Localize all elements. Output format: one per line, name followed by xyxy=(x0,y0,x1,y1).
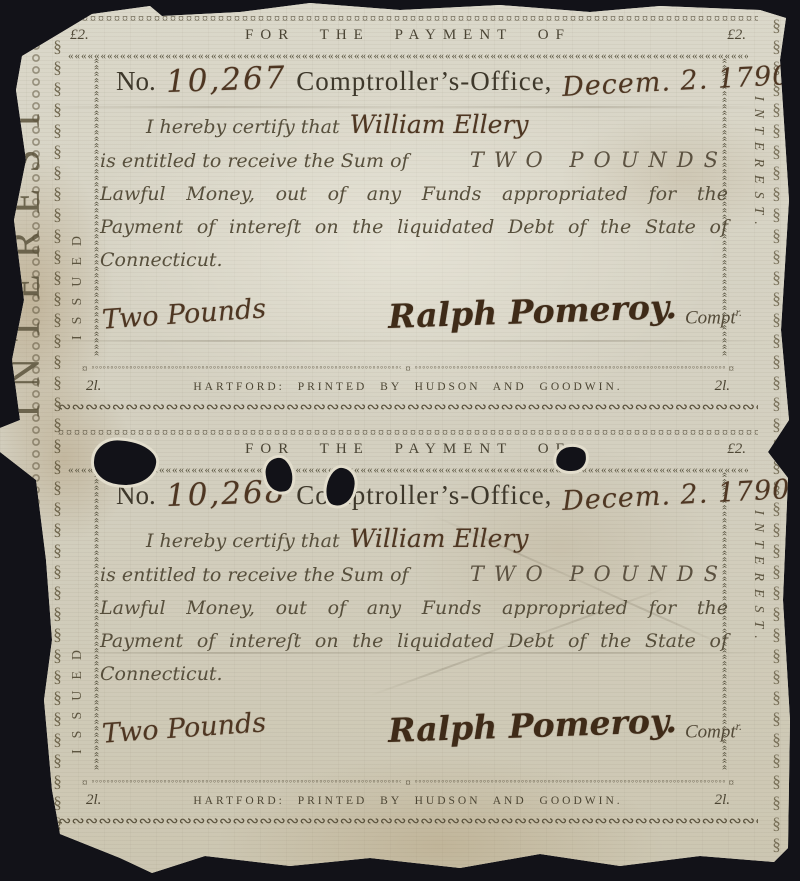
rule-center-ornament: ¤ xyxy=(405,364,411,374)
signer-title: Comptr. xyxy=(685,305,742,329)
interest-vertical-text: INTEREST. xyxy=(746,96,766,352)
signature-row: Two Pounds Ralph Pomeroy. Comptr. xyxy=(102,706,742,745)
imprint-row: 2l. HARTFORD: PRINTED BY HUDSON AND GOOD… xyxy=(86,378,730,395)
certify-line: I hereby certify thatWilliam Ellery xyxy=(100,108,728,144)
body-line: Payment of intereſt on the liquidated De… xyxy=(100,625,728,658)
body-line: Payment of intereſt on the liquidated De… xyxy=(100,211,728,244)
signature-ralph-pomeroy: Ralph Pomeroy. xyxy=(388,701,678,750)
certify-prefix: I hereby certify that xyxy=(146,116,340,138)
dotted-rule-border: ¤ °°°°°°°°°°°°°°°°°°°°°°°°°°°°°°°°°°°°°°… xyxy=(82,364,734,374)
certificate-headline: No. 10,268 Comptroller’s-Office, Decem. … xyxy=(116,476,724,512)
left-margin-interest-text: INTEREST xyxy=(2,52,52,418)
printer-imprint: HARTFORD: PRINTED BY HUDSON AND GOODWIN. xyxy=(193,381,622,393)
rule-end-ornament: ¤ xyxy=(729,778,735,788)
signer-title-main: Compt xyxy=(685,721,736,742)
entitled-prefix: is entitled to receive the Sum of xyxy=(100,559,409,592)
certify-prefix: I hereby certify that xyxy=(146,530,340,552)
amount-line: is entitled to receive the Sum ofTWO POU… xyxy=(100,558,728,592)
certificate-body: I hereby certify thatWilliam Ellery is e… xyxy=(100,522,728,691)
payment-header: FOR THE PAYMENT OF xyxy=(245,441,571,458)
dotted-rule: °°°°°°°°°°°°°°°°°°°°°°°°°°°°°°°°°°°°°°°°… xyxy=(92,365,402,373)
rosette-chain-border: ¤¤¤¤¤¤¤¤¤¤¤¤¤¤¤¤¤¤¤¤¤¤¤¤¤¤¤¤¤¤¤¤¤¤¤¤¤¤¤¤… xyxy=(58,12,758,27)
denomination-left: 2l. xyxy=(86,792,101,809)
body-line: Lawful Money, out of any Funds appropria… xyxy=(100,592,728,625)
imprint-row: 2l. HARTFORD: PRINTED BY HUDSON AND GOOD… xyxy=(86,792,730,809)
scanned-certificate-sheet: INTEREST §§§§§§§§§§§§§§§§§§§§§§§§§§§§§§§… xyxy=(0,0,800,881)
scroll-border-bottom: ∾∾∾∾∾∾∾∾∾∾∾∾∾∾∾∾∾∾∾∾∾∾∾∾∾∾∾∾∾∾∾∾∾∾∾∾∾∾∾∾… xyxy=(58,812,758,832)
denomination-right: 2l. xyxy=(715,792,730,809)
denomination-left: 2l. xyxy=(86,378,101,395)
certificate-10268: ¤¤¤¤¤¤¤¤¤¤¤¤¤¤¤¤¤¤¤¤¤¤¤¤¤¤¤¤¤¤¤¤¤¤¤¤¤¤¤¤… xyxy=(58,426,758,838)
left-lace-border-ornament xyxy=(30,16,43,855)
signer-title-superscript: r. xyxy=(736,305,742,319)
denomination-right: 2l. xyxy=(715,378,730,395)
amount-in-caps: TWO POUNDS xyxy=(470,558,728,591)
certificate-body: I hereby certify thatWilliam Ellery is e… xyxy=(100,108,728,277)
dotted-rule-border: ¤ °°°°°°°°°°°°°°°°°°°°°°°°°°°°°°°°°°°°°°… xyxy=(82,778,734,788)
payee-name: William Ellery xyxy=(350,110,529,139)
rule-end-ornament: ¤ xyxy=(82,364,88,374)
dotted-rule: °°°°°°°°°°°°°°°°°°°°°°°°°°°°°°°°°°°°°°°°… xyxy=(415,779,725,787)
issued-vertical-text: ISSUED xyxy=(70,544,88,754)
amount-written: Two Pounds xyxy=(101,293,267,335)
issued-vertical-text: ISSUED xyxy=(70,130,88,340)
signer-title-main: Compt xyxy=(685,307,736,328)
body-line: Connecticut. xyxy=(100,658,728,691)
printer-imprint: HARTFORD: PRINTED BY HUDSON AND GOODWIN. xyxy=(193,795,622,807)
payment-header-row: £2. FOR THE PAYMENT OF £2. xyxy=(58,27,758,47)
signature-group: Ralph Pomeroy. Comptr. xyxy=(388,292,742,331)
amount-written: Two Pounds xyxy=(101,707,267,749)
signer-title: Comptr. xyxy=(685,719,742,743)
number-label: No. xyxy=(116,66,156,97)
rule-end-ornament: ¤ xyxy=(729,364,735,374)
interest-vertical-text: INTEREST. xyxy=(746,510,766,766)
signature-row: Two Pounds Ralph Pomeroy. Comptr. xyxy=(102,292,742,331)
certificate-number: 10,267 xyxy=(165,60,287,100)
dotted-rule: °°°°°°°°°°°°°°°°°°°°°°°°°°°°°°°°°°°°°°°°… xyxy=(415,365,725,373)
dotted-rule: °°°°°°°°°°°°°°°°°°°°°°°°°°°°°°°°°°°°°°°°… xyxy=(92,779,402,787)
payment-header: FOR THE PAYMENT OF xyxy=(245,27,571,44)
body-line: Connecticut. xyxy=(100,244,728,277)
signature-group: Ralph Pomeroy. Comptr. xyxy=(388,706,742,745)
pound-mark-left: £2. xyxy=(70,27,100,44)
body-line: Lawful Money, out of any Funds appropria… xyxy=(100,178,728,211)
right-edge-border-ornament: §§§§§§§§§§§§§§§§§§§§§§§§§§§§§§§§§§§§§§§§… xyxy=(768,16,784,855)
office-title: Comptroller’s-Office, xyxy=(296,66,552,97)
entitled-prefix: is entitled to receive the Sum of xyxy=(100,145,409,178)
scroll-border-bottom: ∾∾∾∾∾∾∾∾∾∾∾∾∾∾∾∾∾∾∾∾∾∾∾∾∾∾∾∾∾∾∾∾∾∾∾∾∾∾∾∾… xyxy=(58,398,758,418)
certificate-10267: ¤¤¤¤¤¤¤¤¤¤¤¤¤¤¤¤¤¤¤¤¤¤¤¤¤¤¤¤¤¤¤¤¤¤¤¤¤¤¤¤… xyxy=(58,12,758,424)
signature-ralph-pomeroy: Ralph Pomeroy. xyxy=(388,287,678,336)
pound-mark-right: £2. xyxy=(716,27,746,44)
certificate-headline: No. 10,267 Comptroller’s-Office, Decem. … xyxy=(116,62,724,98)
amount-line: is entitled to receive the Sum ofTWO POU… xyxy=(100,144,728,178)
certify-line: I hereby certify thatWilliam Ellery xyxy=(100,522,728,558)
payee-name: William Ellery xyxy=(350,524,529,553)
rosette-chain-border: ¤¤¤¤¤¤¤¤¤¤¤¤¤¤¤¤¤¤¤¤¤¤¤¤¤¤¤¤¤¤¤¤¤¤¤¤¤¤¤¤… xyxy=(58,426,758,441)
rule-center-ornament: ¤ xyxy=(405,778,411,788)
payment-header-row: FOR THE PAYMENT OF £2. xyxy=(58,441,758,461)
pound-mark-right: £2. xyxy=(716,441,746,458)
rule-end-ornament: ¤ xyxy=(82,778,88,788)
signer-title-superscript: r. xyxy=(736,719,742,733)
amount-in-caps: TWO POUNDS xyxy=(470,144,728,177)
